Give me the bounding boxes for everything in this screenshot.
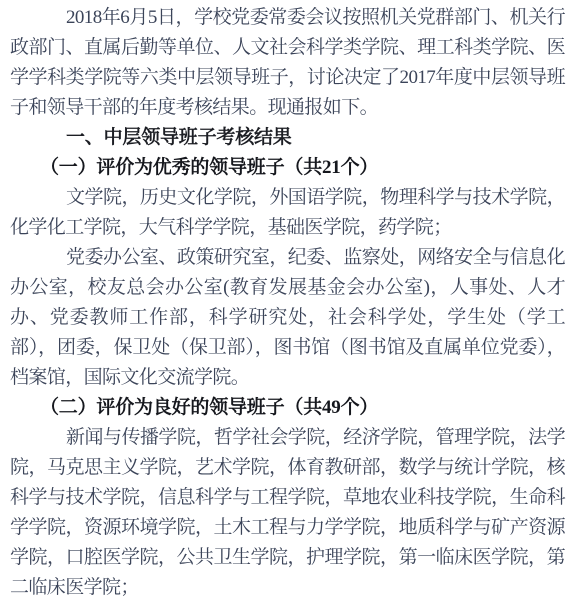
- good-colleges-paragraph: 新闻与传播学院，哲学社会学院，经济学院，管理学院，法学院，马克思主义学院，艺术学…: [10, 423, 565, 602]
- document-page: 2018年6月5日，学校党委常委会议按照机关党群部门、机关行政部门、直属后勤等单…: [0, 0, 573, 602]
- intro-paragraph: 2018年6月5日，学校党委常委会议按照机关党群部门、机关行政部门、直属后勤等单…: [10, 3, 565, 123]
- excellent-colleges-paragraph: 文学院，历史文化学院，外国语学院，物理科学与技术学院，化学化工学院，大气科学学院…: [10, 183, 565, 243]
- subsection-heading-good-teams: （二）评价为良好的领导班子（共49个）: [10, 393, 565, 423]
- excellent-departments-paragraph: 党委办公室、政策研究室，纪委、监察处，网络安全与信息化办公室，校友总会办公室(教…: [10, 243, 565, 393]
- subsection-heading-excellent-teams: （一）评价为优秀的领导班子（共21个）: [10, 153, 565, 183]
- section-heading-assessment-results: 一、中层领导班子考核结果: [10, 123, 565, 153]
